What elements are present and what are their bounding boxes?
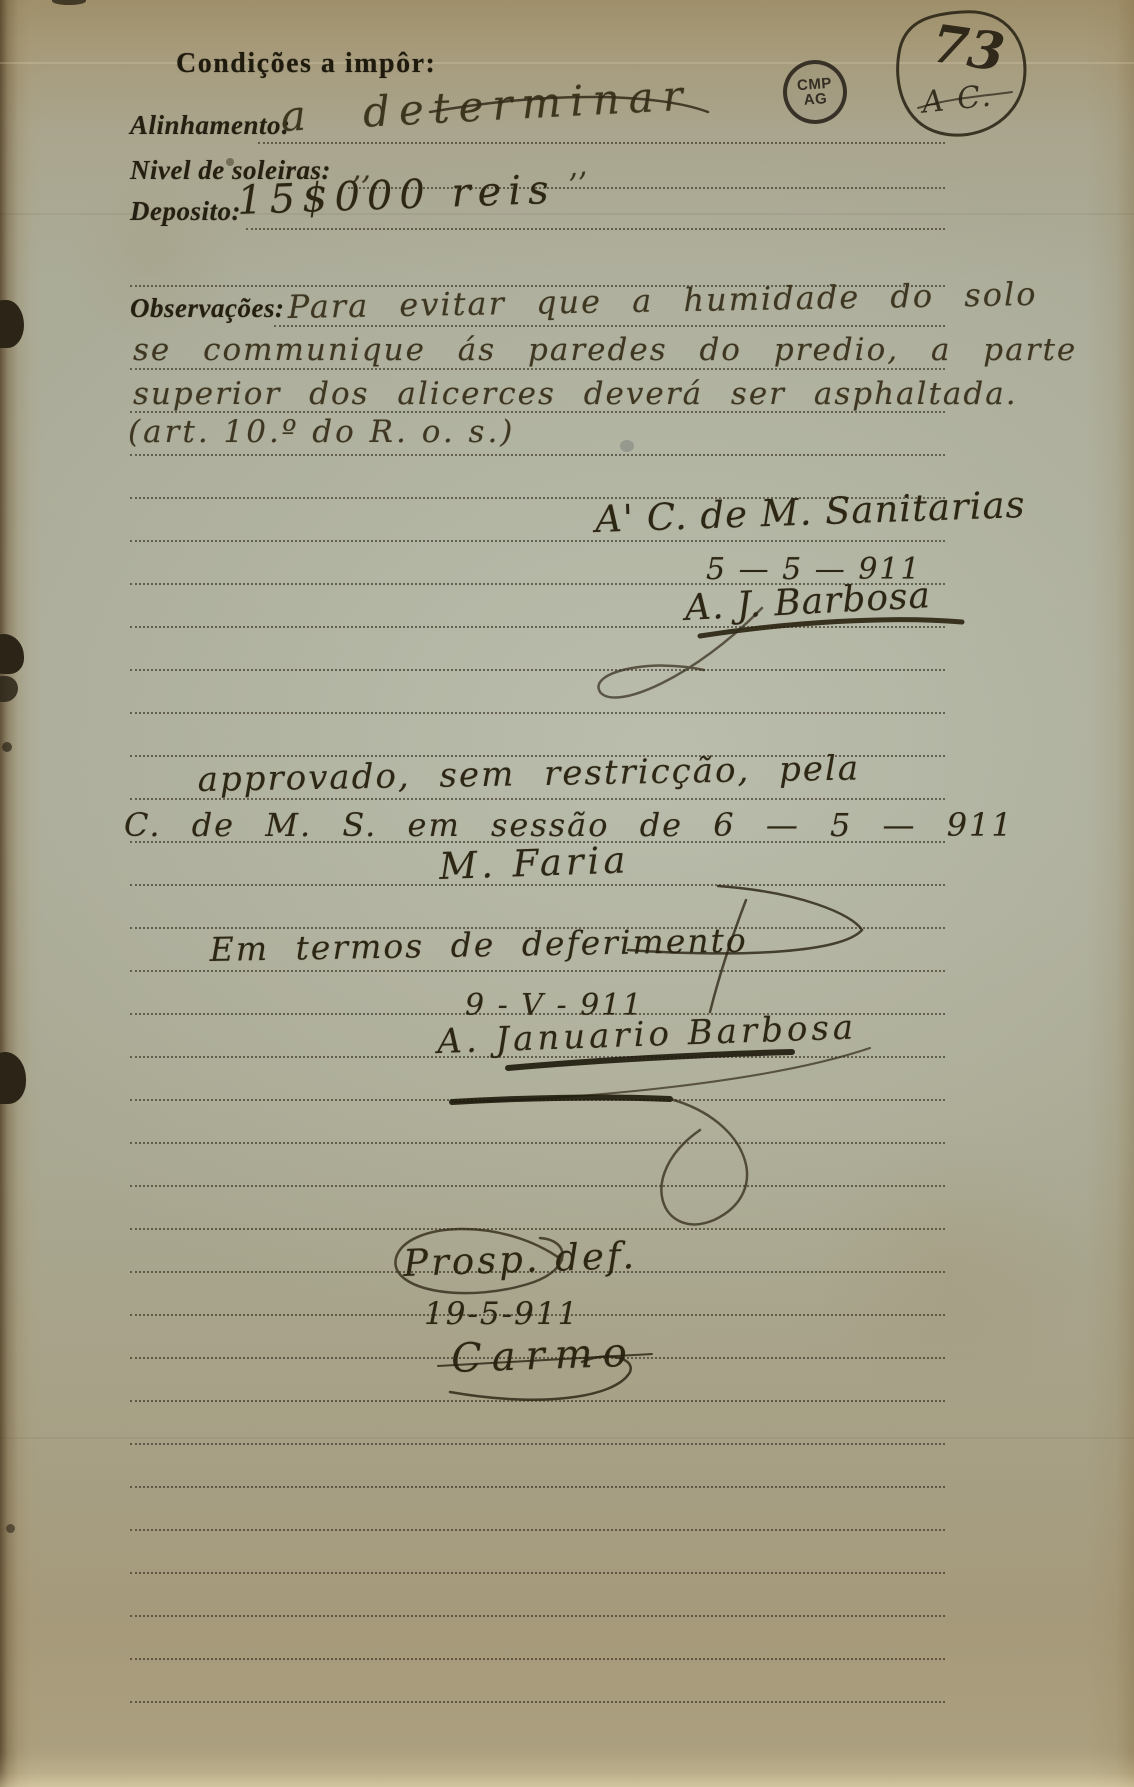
paper-right-edge [1086, 0, 1134, 1787]
ruled-line [130, 1572, 945, 1574]
paper-crease [0, 1437, 1134, 1439]
page-number-initials: A C. [920, 78, 994, 120]
ruled-line [130, 1400, 945, 1402]
ruled-line [130, 1142, 945, 1144]
ruled-line [130, 1615, 945, 1617]
cmp-ag-stamp: CMP AG [781, 58, 849, 126]
ruled-line [130, 1443, 945, 1445]
page-number: 73 [928, 13, 1008, 83]
paper-tear [2, 742, 12, 752]
despacho4-signature: Carmo [450, 1330, 637, 1382]
ruled-line [130, 1185, 945, 1187]
despacho2-line2: C. de M. S. em sessão de 6 — 5 — 911 [124, 806, 1014, 844]
ruled-line [130, 669, 945, 671]
ruled-line [130, 1228, 945, 1230]
field-label-deposito: Deposito: [130, 196, 241, 227]
ruled-line [130, 1701, 945, 1703]
ruled-line [130, 1529, 945, 1531]
paper-bottom-edge [0, 1753, 1134, 1787]
observacoes-line4: (art. 10.º do R. o. s.) [128, 414, 515, 450]
ruled-line [274, 325, 945, 327]
ink-flourishes [0, 0, 1134, 1787]
ruled-line [130, 712, 945, 714]
observacoes-line3: superior dos alicerces deverá ser asphal… [133, 376, 1018, 412]
paper-tear [0, 300, 24, 348]
paper-left-edge [0, 0, 42, 1787]
despacho3-line1: Em termos de deferimento [209, 921, 748, 969]
observacoes-line2: se communique ás paredes do predio, a pa… [133, 332, 1077, 368]
despacho4-date: 19-5-911 [424, 1296, 579, 1332]
paper-tear [0, 634, 24, 674]
despacho3-paraph-loop [661, 1099, 747, 1224]
ruled-line [130, 540, 945, 542]
field-label-observacoes: Observações: [130, 293, 284, 324]
field-value-deposito: 15$000 reis [236, 167, 556, 224]
field-value-alinhamento: a determinar [279, 71, 692, 141]
foxing-stain [620, 440, 634, 452]
stamp-line2: AG [803, 91, 827, 108]
ruled-line [130, 1099, 945, 1101]
despacho4-line1: Prosp. def. [402, 1234, 637, 1285]
foxing-stain [820, 1120, 1080, 1420]
ruled-line [130, 368, 945, 370]
field-label-alinhamento: Alinhamento: [130, 110, 291, 141]
despacho1-line1: A' C. de M. Sanitarias [594, 483, 1026, 541]
ruled-line [130, 626, 945, 628]
paper-tear [0, 676, 18, 702]
ruled-line [130, 454, 945, 456]
page-title: Condições a impôr: [176, 48, 436, 80]
ruled-line [258, 142, 945, 144]
scanned-document-page: Condições a impôr: CMP AG 73 A C. Alinha… [0, 0, 1134, 1787]
ruled-line [130, 970, 945, 972]
ruled-line [130, 1486, 945, 1488]
paper-tear [6, 1524, 15, 1533]
despacho2-signature: M. Faria [438, 838, 630, 888]
paper-edge-notch [52, 0, 86, 5]
paper-tear [0, 1052, 26, 1104]
observacoes-line1: Para evitar que a humidade do solo [287, 275, 1037, 326]
ruled-line [130, 1658, 945, 1660]
field-value-soleiras-ditto2: ,, [565, 148, 589, 185]
ruled-line [246, 228, 945, 230]
